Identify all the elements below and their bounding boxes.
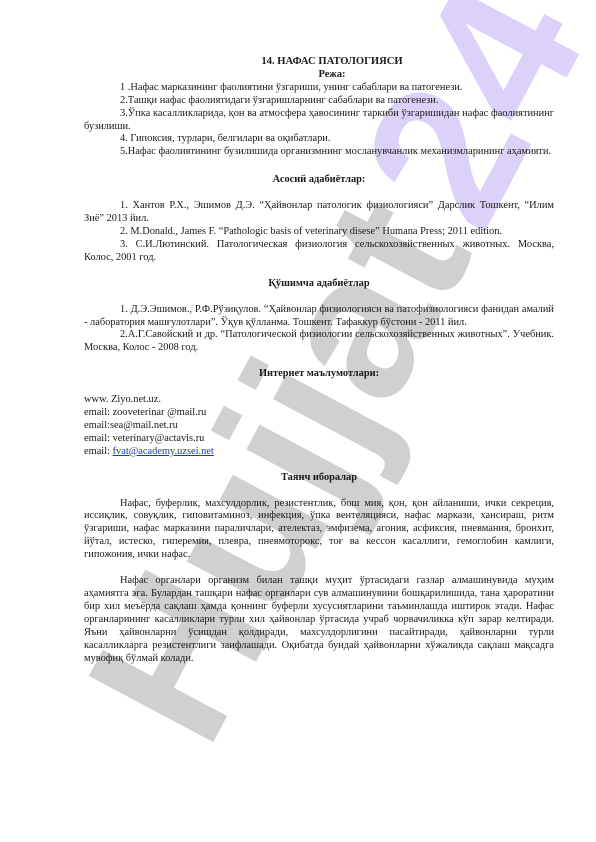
literature-item: 2. M.Donald., James F. “Pathologic basis… (84, 226, 554, 239)
intro-paragraph: Нафас органлари организм билан ташқи муҳ… (84, 575, 554, 665)
literature-item: 2.А.Г.Савойский и др. “Патологической фи… (84, 329, 554, 355)
plan-heading: Режа: (110, 69, 554, 82)
literature-item: 1. Хантов Р.Х., Эшимов Д.Э. “Ҳайвонлар п… (84, 200, 554, 226)
plan-item: 3.Ўпка касалликларида, қон ва атмосфера … (84, 108, 554, 134)
literature-item: 1. Д.Э.Эшимов., Р.Ф.Рўзиқулов. “Ҳайвонла… (84, 304, 554, 330)
spacer (84, 562, 554, 575)
keywords-paragraph: Нафас, буферлик, махсулдорлик, резистент… (84, 498, 554, 563)
plan-item: 1 .Нафас марказининг фаолиятини ўзгариши… (84, 82, 554, 95)
literature-item: 3. С.И.Лютинский. Патологическая физиоло… (84, 239, 554, 265)
main-literature-list: 1. Хантов Р.Х., Эшимов Д.Э. “Ҳайвонлар п… (84, 200, 554, 265)
internet-item: email: veterinary@actavis.ru (84, 433, 554, 446)
plan-item: 4. Гипоксия, турлари, белгилари ва оқиба… (84, 133, 554, 146)
internet-item: email: zooveterinar @mail.ru (84, 407, 554, 420)
plan-list: 1 .Нафас марказининг фаолиятини ўзгариши… (84, 82, 554, 159)
document-page: Hujjat 24 14. НАФАС ПАТОЛОГИЯСИ Режа: 1 … (0, 0, 596, 842)
page-title: 14. НАФАС ПАТОЛОГИЯСИ (110, 56, 554, 69)
keywords-heading: Таянч иборалар (84, 472, 554, 485)
main-literature-heading: Асосий адабиётлар: (84, 174, 554, 187)
internet-item: www. Ziyo.net.uz. (84, 394, 554, 407)
internet-item-prefix: email: (84, 446, 113, 457)
plan-item: 5.Нафас фаолиятининг бузилишида организм… (84, 146, 554, 159)
internet-heading: Интернет маълумотлари: (84, 368, 554, 381)
document-body: 14. НАФАС ПАТОЛОГИЯСИ Режа: 1 .Нафас мар… (84, 56, 554, 665)
internet-item: email: fvat@academy.uzsei.net (84, 446, 554, 459)
internet-item: email:sea@mail.net.ru (84, 420, 554, 433)
additional-literature-list: 1. Д.Э.Эшимов., Р.Ф.Рўзиқулов. “Ҳайвонла… (84, 304, 554, 356)
additional-literature-heading: Қўшимча адабиётлар (84, 278, 554, 291)
internet-list: www. Ziyo.net.uz. email: zooveterinar @m… (84, 394, 554, 459)
plan-item: 2.Ташқи нафас фаолиятидаги ўзгаришларнин… (84, 95, 554, 108)
email-link[interactable]: fvat@academy.uzsei.net (113, 446, 214, 457)
